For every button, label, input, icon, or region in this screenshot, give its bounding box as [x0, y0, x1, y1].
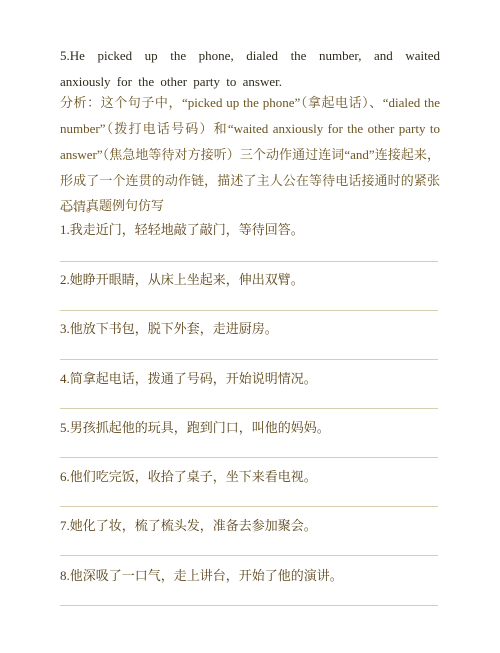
exercise-item: 3.他放下书包，脱下外套，走进厨房。 — [60, 316, 440, 365]
answer-line[interactable] — [60, 605, 438, 606]
exercise-item: 2.她睁开眼睛，从床上坐起来，伸出双臂。 — [60, 267, 440, 316]
answer-line[interactable] — [60, 457, 438, 458]
example-sentence: 5.He picked up the phone, dialed the num… — [60, 43, 440, 95]
answer-line[interactable] — [60, 408, 438, 409]
answer-line[interactable] — [60, 310, 438, 311]
answer-line[interactable] — [60, 261, 438, 262]
exercise-prompt: 8.他深吸了一口气，走上讲台，开始了他的演讲。 — [60, 563, 343, 589]
exercise-prompt: 3.他放下书包，脱下外套，走进厨房。 — [60, 316, 278, 342]
exercise-prompt: 7.她化了妆，梳了梳头发，准备去参加聚会。 — [60, 513, 317, 539]
answer-line[interactable] — [60, 555, 438, 556]
exercise-prompt: 5.男孩抓起他的玩具，跑到门口，叫他的妈妈。 — [60, 415, 330, 441]
exercise-item: 1.我走近门，轻轻地敲了敲门，等待回答。 — [60, 217, 440, 266]
answer-line[interactable] — [60, 506, 438, 507]
exercise-prompt: 4.简拿起电话，拨通了号码，开始说明情况。 — [60, 366, 317, 392]
exercise-prompt: 6.他们吃完饭，收拾了桌子，坐下来看电视。 — [60, 464, 317, 490]
answer-line[interactable] — [60, 359, 438, 360]
exercise-prompt: 2.她睁开眼睛，从床上坐起来，伸出双臂。 — [60, 267, 304, 293]
exercise-prompt: 1.我走近门，轻轻地敲了敲门，等待回答。 — [60, 217, 304, 243]
section-title: 三、真题例句仿写 — [60, 193, 164, 219]
